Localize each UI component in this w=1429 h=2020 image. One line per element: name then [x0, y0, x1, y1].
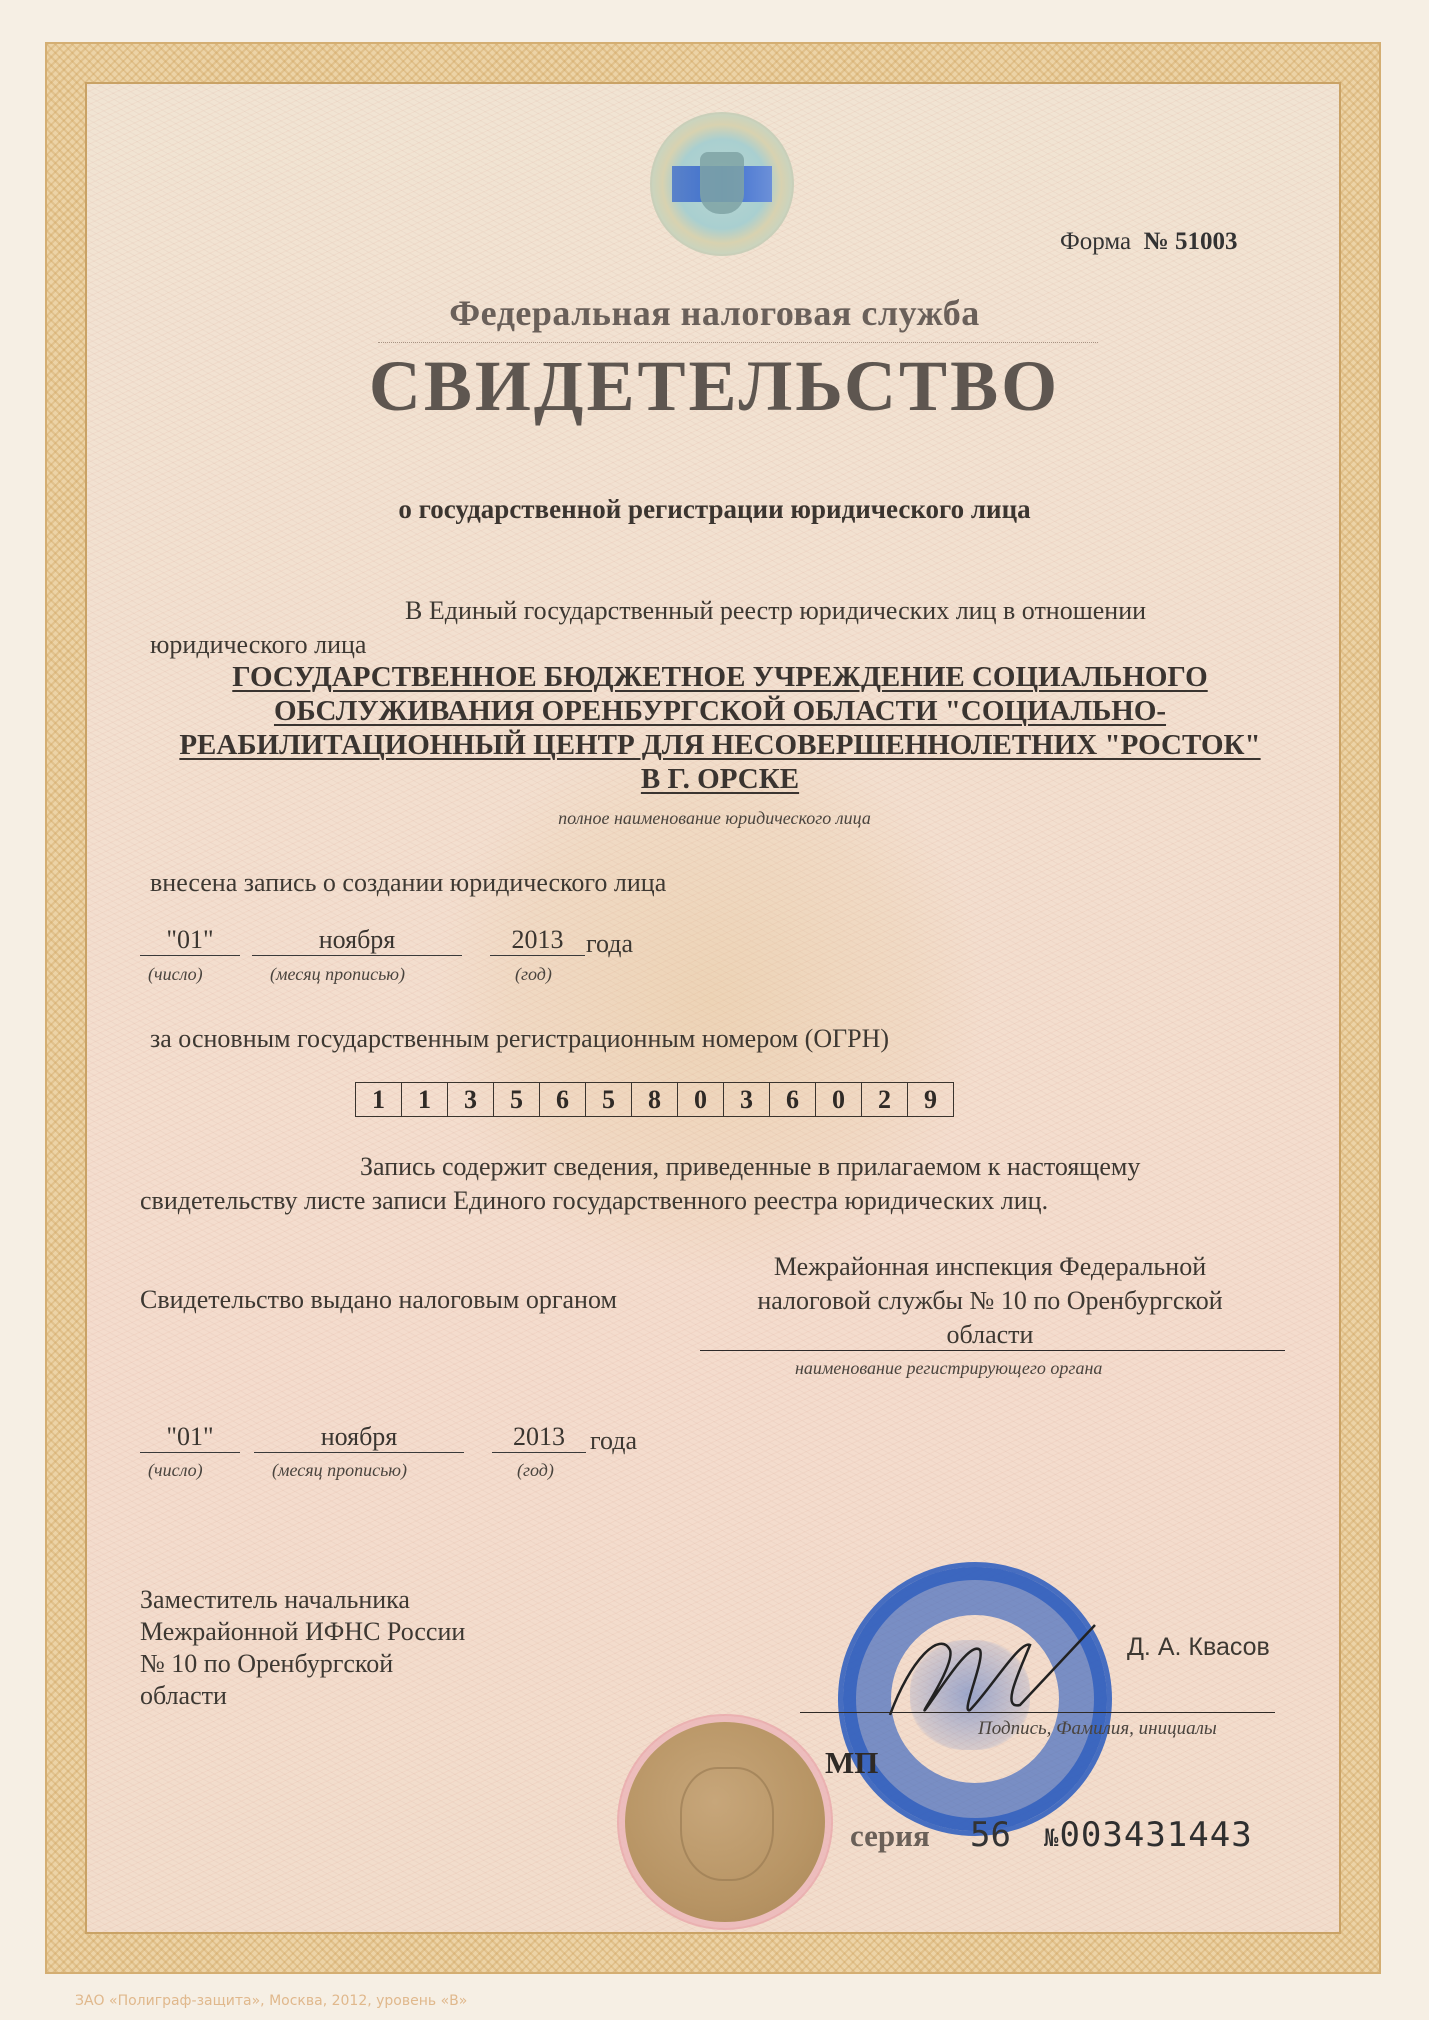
seal-place-mark: МП [825, 1745, 878, 1781]
issue-year-caption: (год) [517, 1460, 554, 1481]
issue-day: "01" [140, 1422, 240, 1453]
issuer-label: Свидетельство выдано налоговым органом [140, 1283, 617, 1317]
ogrn-digit: 1 [402, 1083, 448, 1116]
issue-year: 2013 [492, 1422, 586, 1453]
issuer-caption: наименование регистрирующего органа [795, 1358, 1102, 1379]
issuer-name: Межрайонная инспекция Федеральной налого… [700, 1250, 1280, 1352]
record-day: "01" [140, 925, 240, 956]
series-label: серия [850, 1818, 930, 1854]
organization-name: ГОСУДАРСТВЕННОЕ БЮДЖЕТНОЕ УЧРЕЖДЕНИЕ СОЦ… [150, 660, 1290, 796]
record-month: ноября [252, 925, 462, 956]
month-caption: (месяц прописью) [270, 964, 405, 985]
divider [378, 342, 1098, 343]
issue-year-suffix: года [590, 1424, 637, 1458]
ogrn-number: 1135658036029 [355, 1082, 954, 1117]
form-number: Форма № 51003 [1060, 228, 1238, 256]
org-name-caption: полное наименование юридического лица [0, 808, 1429, 829]
document-subtitle: о государственной регистрации юридическо… [0, 494, 1429, 525]
ogrn-digit: 5 [586, 1083, 632, 1116]
org-name-line: В Г. ОРСКЕ [150, 762, 1290, 796]
issue-day-caption: (число) [148, 1460, 203, 1481]
ogrn-digit: 9 [908, 1083, 953, 1116]
ogrn-digit: 2 [862, 1083, 908, 1116]
document-title: СВИДЕТЕЛЬСТВО [0, 345, 1429, 428]
agency-name: Федеральная налоговая служба [0, 292, 1429, 334]
ogrn-digit: 5 [494, 1083, 540, 1116]
intro-line-1: В Единый государственный реестр юридичес… [405, 594, 1146, 628]
series-value: 56 [970, 1815, 1011, 1855]
org-name-line: ГОСУДАРСТВЕННОЕ БЮДЖЕТНОЕ УЧРЕЖДЕНИЕ СОЦ… [150, 660, 1290, 694]
signature-caption: Подпись, Фамилия, инициалы [978, 1718, 1217, 1740]
issuer-underline [700, 1350, 1285, 1351]
contents-line-1: Запись содержит сведения, приведенные в … [360, 1150, 1140, 1184]
signatory-position: Заместитель начальника Межрайонной ИФНС … [140, 1584, 465, 1712]
serial-number: №003431443 [1044, 1815, 1253, 1855]
hologram-emblem-icon [650, 112, 794, 256]
record-text: внесена запись о создании юридического л… [150, 866, 666, 900]
ogrn-label: за основным государственным регистрацион… [150, 1022, 889, 1056]
ogrn-digit: 0 [816, 1083, 862, 1116]
signature-line [800, 1712, 1275, 1713]
signatory-name: Д. А. Квасов [1127, 1630, 1270, 1664]
day-caption: (число) [148, 964, 203, 985]
ogrn-digit: 1 [356, 1083, 402, 1116]
ogrn-digit: 8 [632, 1083, 678, 1116]
ogrn-digit: 3 [724, 1083, 770, 1116]
printer-imprint: ЗАО «Полиграф-защита», Москва, 2012, уро… [75, 1993, 467, 2009]
record-year: 2013 [490, 925, 585, 956]
issue-month-caption: (месяц прописью) [272, 1460, 407, 1481]
ogrn-digit: 3 [448, 1083, 494, 1116]
issue-month: ноября [254, 1422, 464, 1453]
gold-seal-icon [625, 1722, 825, 1922]
intro-line-2: юридического лица [150, 628, 366, 662]
org-name-line: ОБСЛУЖИВАНИЯ ОРЕНБУРГСКОЙ ОБЛАСТИ "СОЦИА… [150, 694, 1290, 728]
ogrn-digit: 6 [770, 1083, 816, 1116]
signature-icon [880, 1620, 1100, 1730]
ogrn-digit: 6 [540, 1083, 586, 1116]
ogrn-digit: 0 [678, 1083, 724, 1116]
org-name-line: РЕАБИЛИТАЦИОННЫЙ ЦЕНТР ДЛЯ НЕСОВЕРШЕННОЛ… [150, 728, 1290, 762]
contents-line-2: свидетельству листе записи Единого госуд… [140, 1184, 1048, 1218]
record-year-suffix: года [586, 927, 633, 961]
year-caption: (год) [515, 964, 552, 985]
